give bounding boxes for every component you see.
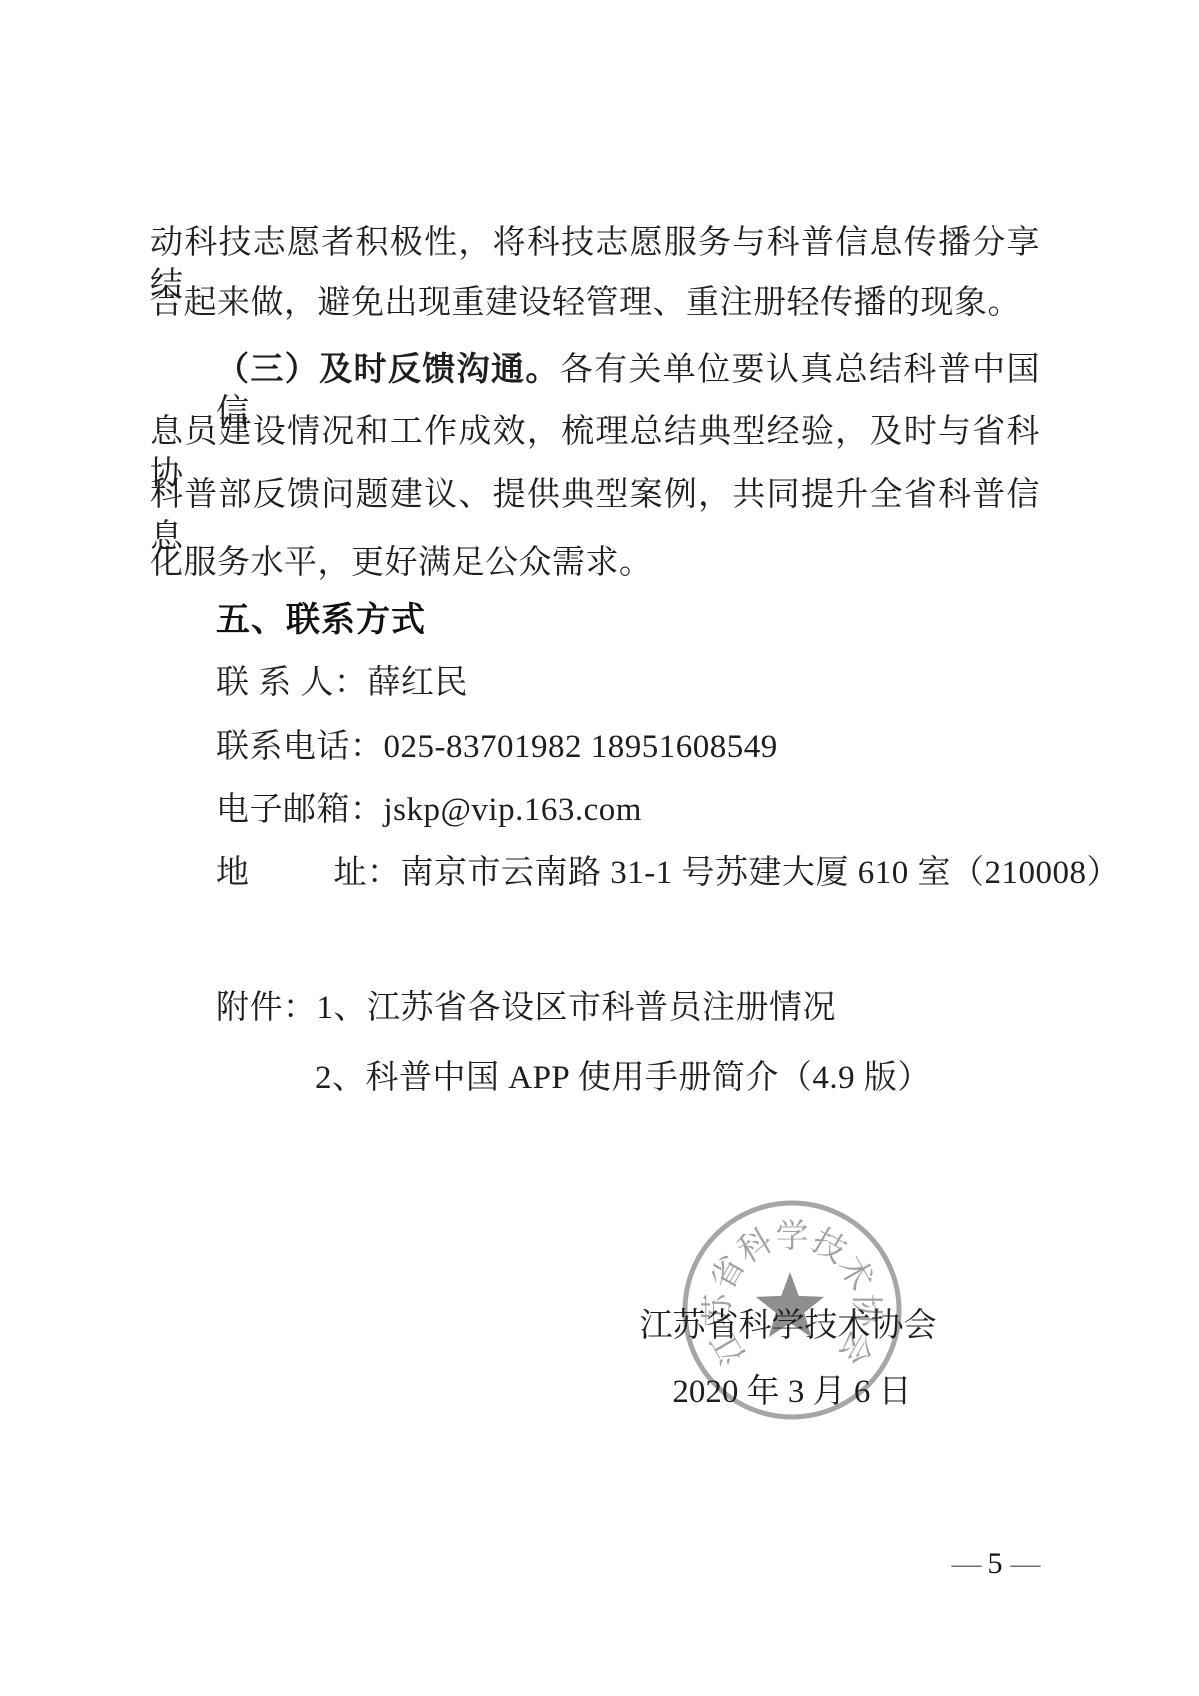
paragraph-line: 化服务水平，更好满足公众需求。	[150, 542, 1040, 584]
contact-label: 联 系 人：	[216, 665, 368, 701]
attachment-item: 1、江苏省各设区市科普员注册情况	[317, 990, 837, 1026]
contact-label: 地 址：	[216, 855, 401, 891]
contact-line-address: 地 址：南京市云南路 31-1 号苏建大厦 610 室（210008）	[150, 852, 1040, 894]
attachment-line-2: 2、科普中国 APP 使用手册简介（4.9 版）	[150, 1057, 1199, 1099]
page-number-dash: —	[1003, 1547, 1047, 1580]
contact-label: 联系电话：	[216, 729, 384, 765]
document-page: 动科技志愿者积极性，将科技志愿服务与科普信息传播分享结 合起来做，避免出现重建设…	[0, 0, 1199, 1696]
page-number: —5—	[920, 1546, 1070, 1582]
signature-date: 2020 年 3 月 6 日	[652, 1372, 932, 1412]
contact-line-email: 电子邮箱：jskp@vip.163.com	[150, 789, 1040, 831]
signature-org: 江苏省科学技术协会	[638, 1306, 938, 1346]
contact-label: 电子邮箱：	[216, 792, 384, 828]
contact-line-phone: 联系电话：025-83701982 18951608549	[150, 726, 1040, 768]
subheading-lead: （三）及时反馈沟通。	[216, 352, 560, 388]
paragraph-line: 合起来做，避免出现重建设轻管理、重注册轻传播的现象。	[150, 282, 1040, 324]
attachment-label: 附件：	[216, 990, 317, 1026]
section-heading: 五、联系方式	[150, 599, 1040, 641]
contact-value: 南京市云南路 31-1 号苏建大厦 610 室（210008）	[401, 855, 1121, 891]
contact-value: jskp@vip.163.com	[384, 792, 642, 828]
attachment-line-1: 附件：1、江苏省各设区市科普员注册情况	[150, 987, 1040, 1029]
page-number-dash: —	[944, 1547, 988, 1580]
contact-value: 025-83701982 18951608549	[384, 729, 778, 765]
page-number-value: 5	[988, 1547, 1003, 1580]
contact-value: 薛红民	[368, 665, 469, 701]
contact-line-person: 联 系 人：薛红民	[150, 662, 1040, 704]
